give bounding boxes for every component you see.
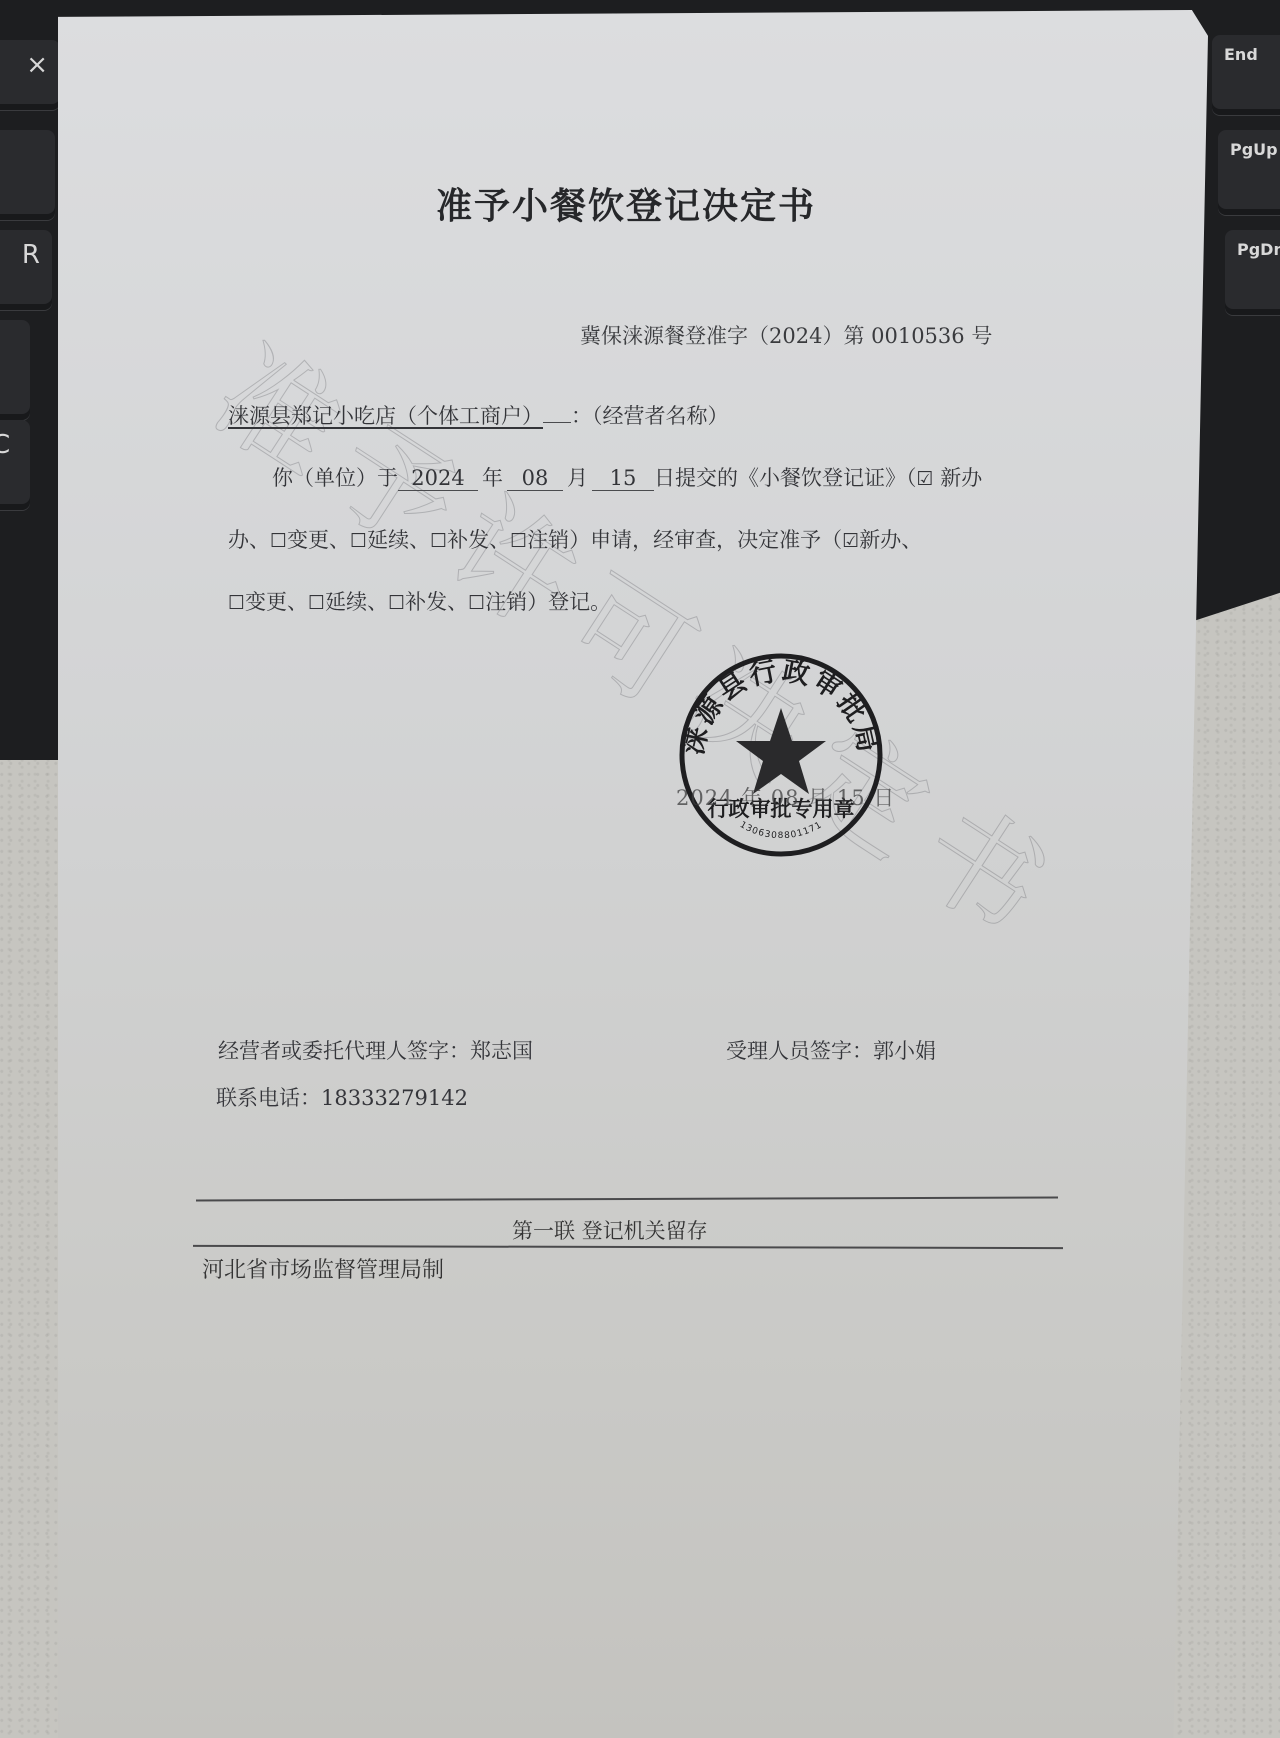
granted-0-label: 新办: [859, 528, 901, 552]
checkbox-applied-new: ☑: [917, 468, 934, 490]
receiver-signature: 受理人员签字：郭小娟: [726, 1035, 936, 1065]
checkbox-applied-3: ☐: [430, 530, 447, 552]
checkbox-applied-2: ☐: [350, 530, 367, 552]
operator-suffix: ：（经营者名称）: [571, 404, 729, 428]
granted-3: ☐补发: [388, 590, 447, 614]
copy-label: 第一联 登记机关留存: [512, 1215, 708, 1245]
text: ）申请，经审查，决定准予（: [569, 528, 842, 552]
operator-line: 涞源县郑记小吃店（个体工商户）：（经营者名称）: [228, 400, 729, 430]
text: 、: [447, 590, 468, 614]
text: 、: [901, 528, 922, 552]
operator-signature-value: 郑志国: [470, 1039, 533, 1063]
divider-bottom: [193, 1245, 1063, 1249]
granted-2-label: 延续: [325, 590, 367, 614]
checkbox-applied-4: ☐: [510, 530, 527, 552]
decision-date: 2024 年 08 月 15 日: [676, 782, 895, 812]
text: 、: [287, 590, 308, 614]
checkbox-granted-4: ☐: [468, 592, 485, 614]
year-field: 2024: [398, 467, 478, 491]
applied-4: ☐注销: [510, 528, 569, 552]
issuer: 河北省市场监督管理局制: [202, 1253, 444, 1284]
phone-value: 18333279142: [321, 1086, 468, 1110]
applied-new-label: 新办: [940, 466, 982, 490]
checkbox-granted-1: ☐: [228, 592, 245, 614]
receiver-signature-value: 郭小娟: [873, 1039, 936, 1063]
body-prefix: 你（单位）于: [272, 466, 398, 490]
document-title: 准予小餐饮登记决定书: [436, 178, 816, 229]
phone-label: 联系电话：: [216, 1086, 321, 1110]
document: 准予许可决定书 准予小餐饮登记决定书 冀保涞源餐登准字（2024）第 00105…: [0, 0, 1280, 1738]
applied-4-label: 注销: [527, 528, 569, 552]
month-unit: 月: [567, 466, 588, 490]
granted-1: ☐变更: [228, 590, 287, 614]
granted-3-label: 补发: [405, 590, 447, 614]
checkbox-granted-2: ☐: [308, 592, 325, 614]
month-field: 08: [507, 467, 563, 491]
applied-2-label: 延续: [367, 528, 409, 552]
operator-name: 涞源县郑记小吃店（个体工商户）: [228, 404, 543, 428]
text: 、: [409, 528, 430, 552]
granted-0: ☑新办: [842, 528, 901, 552]
checkbox-applied-1: ☐: [270, 530, 287, 552]
official-seal: 涞源县行政审批局 行政审批专用章 1306308801171: [676, 650, 886, 860]
day-field: 15: [592, 467, 654, 491]
granted-4: ☐注销: [468, 590, 527, 614]
applied-1: ☐变更: [270, 528, 329, 552]
applied-3-label: 补发: [447, 528, 489, 552]
body-line-3: ☐变更、☐延续、☐补发、☐注销）登记。: [228, 586, 611, 616]
day-suffix: 日提交的《小餐饮登记证》（: [654, 466, 917, 490]
phone-line: 联系电话：18333279142: [216, 1082, 468, 1112]
svg-text:1306308801171: 1306308801171: [738, 820, 824, 841]
checkbox-granted-0: ☑: [842, 530, 859, 552]
text: 、: [367, 590, 388, 614]
granted-1-label: 变更: [245, 590, 287, 614]
checkbox-granted-3: ☐: [388, 592, 405, 614]
applied-2: ☐延续: [350, 528, 409, 552]
text: ）登记。: [527, 590, 611, 614]
applied-1-label: 变更: [287, 528, 329, 552]
year-unit: 年: [482, 466, 503, 490]
text: 、: [329, 528, 350, 552]
receiver-signature-label: 受理人员签字：: [726, 1039, 873, 1063]
granted-2: ☐延续: [308, 590, 367, 614]
granted-4-label: 注销: [485, 590, 527, 614]
body-line-1: 你（单位）于2024年08月15日提交的《小餐饮登记证》（☑ 新办: [272, 462, 982, 492]
applied-3: ☐补发: [430, 528, 489, 552]
operator-signature-label: 经营者或委托代理人签字：: [218, 1039, 470, 1063]
body-line-2: 办、☐变更、☐延续、☐补发、☐注销）申请，经审查，决定准予（☑新办、: [228, 524, 922, 554]
document-number: 冀保涞源餐登准字（2024）第 0010536 号: [580, 320, 992, 350]
text: 办、: [228, 528, 270, 552]
operator-signature: 经营者或委托代理人签字：郑志国: [218, 1035, 533, 1065]
divider-top: [196, 1196, 1058, 1201]
text: 、: [489, 528, 510, 552]
